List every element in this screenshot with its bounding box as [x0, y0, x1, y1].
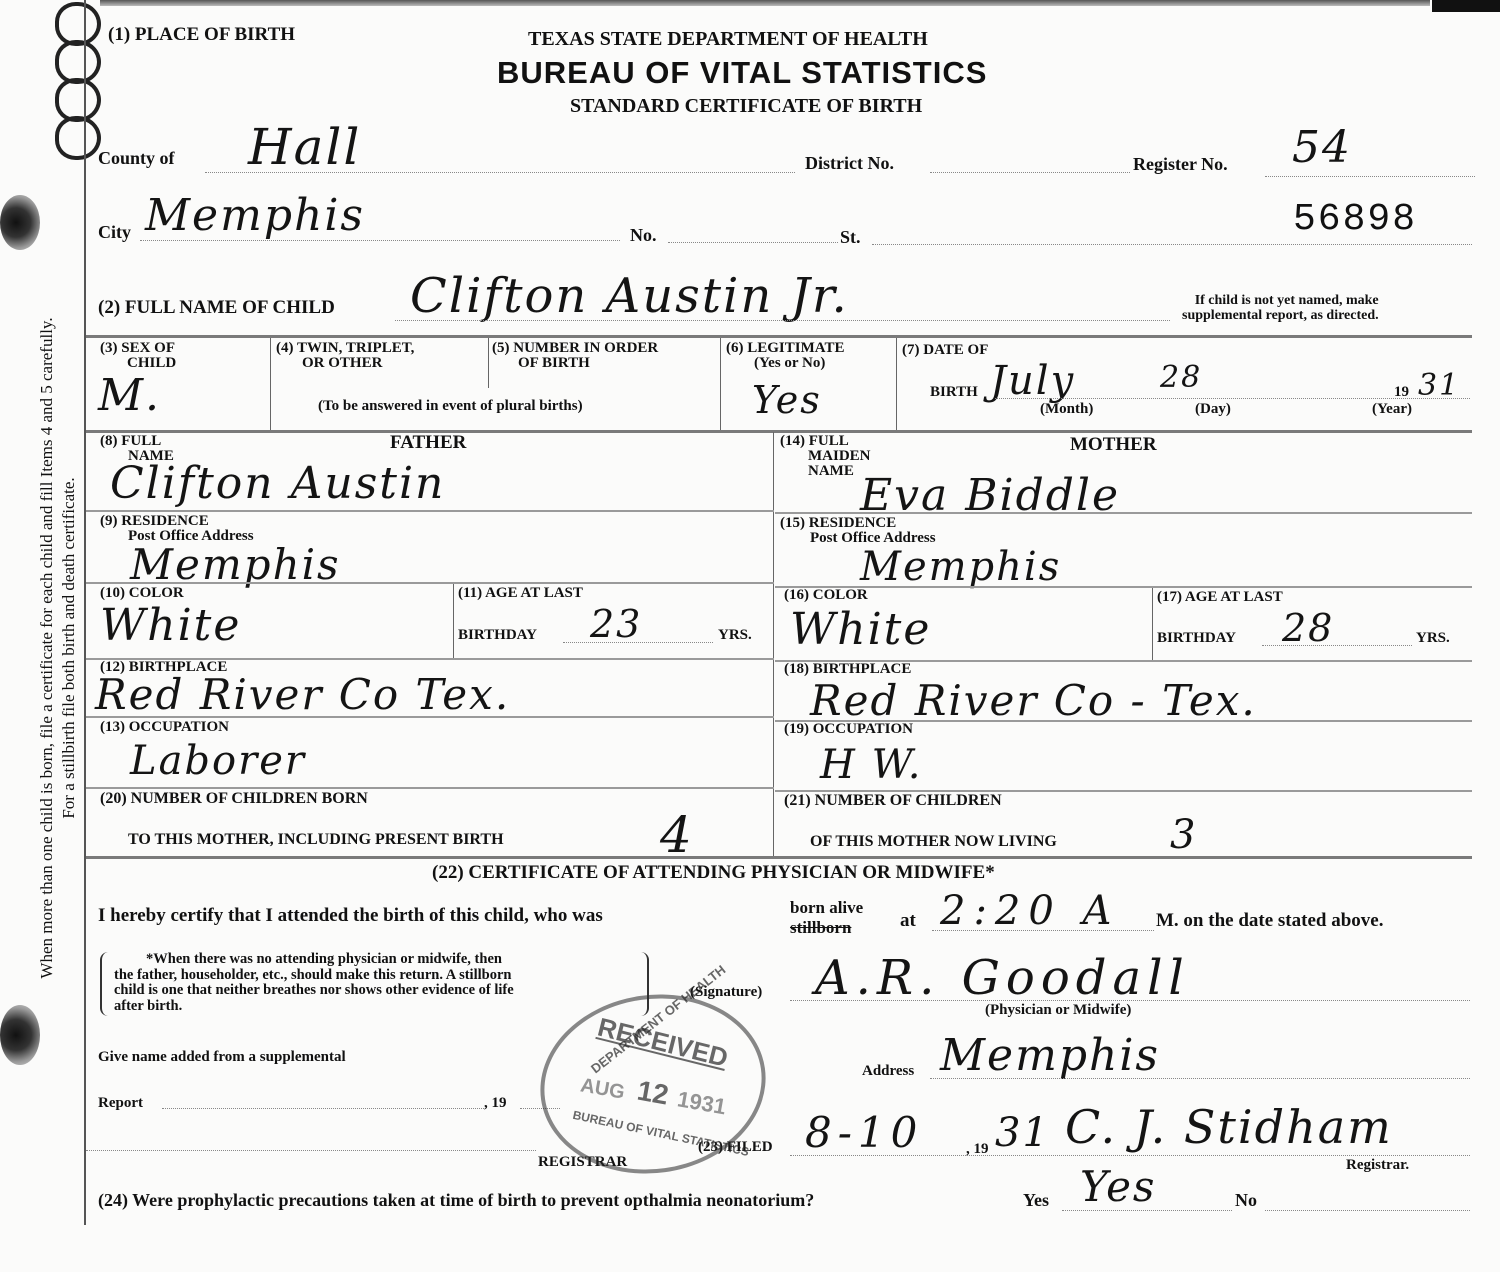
child-name-line — [395, 320, 1170, 321]
street-number-line — [668, 242, 838, 243]
birth-time-field[interactable]: 2:20 A — [940, 888, 1119, 934]
city-line — [140, 240, 620, 241]
child-name-note-line: If child is not yet named, make — [1182, 293, 1379, 308]
birth-order-label-line: (5) NUMBER IN ORDER — [492, 341, 658, 356]
side-note-line-2: For a stillbirth file both birth and dea… — [58, 188, 80, 1108]
child-name-note-line: supplemental report, as directed. — [1182, 308, 1379, 323]
birth-day-field[interactable]: 28 — [1160, 360, 1202, 395]
year-caption: (Year) — [1372, 402, 1412, 417]
county-field[interactable]: Hall — [248, 118, 361, 176]
father-age-label: (11) AGE AT LAST — [458, 586, 583, 601]
footnote-line: *When there was no attending physician o… — [114, 952, 514, 968]
mother-occupation-field[interactable]: H W. — [820, 742, 922, 788]
prophylactic-no-label: No — [1235, 1190, 1257, 1211]
registrar-signature-field[interactable]: C. J. Stidham — [1065, 1100, 1393, 1154]
mother-color-label: (16) COLOR — [784, 588, 868, 603]
section-divider — [86, 856, 1472, 859]
certificate-statement-end: M. on the date stated above. — [1156, 910, 1383, 932]
physician-address-field[interactable]: Memphis — [940, 1030, 1160, 1081]
prophylactic-yes-label: Yes — [1023, 1190, 1049, 1211]
birth-label: BIRTH — [930, 385, 978, 400]
certificate-statement: I hereby certify that I attended the bir… — [98, 905, 603, 927]
register-line — [1265, 176, 1475, 177]
legitimate-label: (6) LEGITIMATE(Yes or No) — [726, 341, 844, 371]
father-name-label-line: (8) FULL — [100, 434, 174, 449]
footnote-line: child is one that neither breathes nor s… — [114, 983, 514, 999]
certificate-heading: (22) CERTIFICATE OF ATTENDING PHYSICIAN … — [432, 862, 995, 884]
left-margin-rule — [84, 0, 86, 1225]
row-divider — [86, 582, 774, 584]
birth-order-label: (5) NUMBER IN ORDEROF BIRTH — [492, 341, 658, 371]
stillborn-option: stillborn — [790, 920, 851, 935]
children-born-label-2: TO THIS MOTHER, INCLUDING PRESENT BIRTH — [128, 832, 504, 847]
mother-age-field[interactable]: 28 — [1282, 606, 1334, 650]
column-divider — [453, 584, 454, 658]
filed-line — [790, 1155, 1470, 1156]
father-age-line — [563, 642, 713, 643]
report-label: Report — [98, 1096, 143, 1111]
column-divider — [488, 338, 489, 388]
legitimate-label-line: (Yes or No) — [726, 356, 844, 371]
street-number-label: No. — [630, 225, 657, 246]
sex-label-line: (3) SEX OF — [100, 341, 176, 356]
filed-year-field[interactable]: 31 — [995, 1110, 1050, 1156]
district-label: District No. — [805, 153, 894, 174]
row-divider — [86, 716, 774, 718]
plural-births-note: (To be answered in event of plural birth… — [318, 398, 583, 415]
date-of-birth-label: (7) DATE OF — [902, 343, 988, 358]
mother-occupation-label: (19) OCCUPATION — [784, 722, 913, 737]
mother-name-label: (14) FULLMAIDENNAME — [780, 434, 871, 479]
sex-label-line: CHILD — [100, 356, 176, 371]
address-line — [930, 1078, 1470, 1079]
father-heading: FATHER — [390, 432, 466, 454]
register-field[interactable]: 54 — [1292, 122, 1352, 173]
mother-color-field[interactable]: White — [790, 604, 931, 655]
stamp-year: 1931 — [675, 1086, 728, 1120]
mother-residence-label: (15) RESIDENCEPost Office Address — [780, 516, 936, 546]
birth-order-label-line: OF BIRTH — [492, 356, 658, 371]
legitimate-label-line: (6) LEGITIMATE — [726, 341, 844, 356]
mother-age-line — [1262, 645, 1412, 646]
footnote-line: after birth. — [114, 999, 514, 1015]
children-living-label-2: OF THIS MOTHER NOW LIVING — [810, 834, 1057, 849]
father-birthplace-field[interactable]: Red River Co Tex. — [95, 670, 510, 719]
registrar-line — [86, 1150, 536, 1151]
mother-age-label: (17) AGE AT LAST — [1157, 590, 1283, 605]
twin-label-line: (4) TWIN, TRIPLET, — [276, 341, 414, 356]
address-label: Address — [862, 1064, 914, 1079]
street-line — [872, 244, 1472, 245]
column-divider — [270, 338, 271, 430]
report-line — [162, 1108, 484, 1109]
scan-edge — [1432, 0, 1500, 12]
side-note: When more than one child is born, file a… — [36, 188, 80, 1108]
street-label: St. — [840, 227, 861, 248]
mother-residence-field[interactable]: Memphis — [860, 544, 1061, 590]
mother-name-label-line: MAIDEN — [780, 449, 871, 464]
side-note-line-1: When more than one child is born, file a… — [36, 188, 58, 1108]
district-line — [930, 172, 1130, 173]
department-title: TEXAS STATE DEPARTMENT OF HEALTH — [528, 28, 928, 51]
day-caption: (Day) — [1195, 402, 1231, 417]
certificate-number: 56898 — [1293, 198, 1417, 241]
date-of-birth-line — [995, 398, 1470, 399]
parents-divider — [773, 432, 774, 857]
month-caption: (Month) — [1040, 402, 1093, 417]
father-birthday-label: BIRTHDAY — [458, 628, 537, 643]
legitimate-field[interactable]: Yes — [752, 378, 822, 422]
mother-residence-label-line: (15) RESIDENCE — [780, 516, 936, 531]
punch-hole-icon — [0, 195, 40, 250]
county-label: County of — [98, 148, 175, 169]
column-divider — [720, 338, 721, 430]
stamp-day: 12 — [635, 1075, 671, 1112]
registrar-title: Registrar. — [1346, 1158, 1409, 1173]
father-age-field[interactable]: 23 — [590, 602, 642, 646]
punch-hole-icon — [0, 1005, 40, 1065]
supplemental-label: Give name added from a supplemental — [98, 1050, 346, 1065]
row-divider — [775, 586, 1472, 588]
born-alive-option: born alive — [790, 900, 863, 915]
city-label: City — [98, 222, 131, 243]
birth-time-line — [932, 930, 1154, 931]
sex-label: (3) SEX OFCHILD — [100, 341, 176, 371]
father-color-label: (10) COLOR — [100, 586, 184, 601]
place-of-birth-label: (1) PLACE OF BIRTH — [108, 24, 295, 46]
father-occupation-label: (13) OCCUPATION — [100, 720, 229, 735]
signature-line — [790, 1000, 1470, 1001]
child-name-field[interactable]: Clifton Austin Jr. — [410, 268, 849, 324]
father-color-field[interactable]: White — [100, 600, 241, 651]
sex-field[interactable]: M. — [98, 370, 161, 421]
at-label: at — [900, 910, 916, 932]
stamp-month: AUG — [579, 1074, 627, 1104]
prophylactic-yes-line — [1062, 1210, 1232, 1211]
mother-heading: MOTHER — [1070, 434, 1157, 456]
binding-ring-icon — [55, 116, 101, 160]
section-divider — [86, 335, 1472, 338]
form-title: STANDARD CERTIFICATE OF BIRTH — [570, 95, 922, 118]
mother-name-label-line: NAME — [780, 464, 871, 479]
twin-label-line: OR OTHER — [276, 356, 414, 371]
physician-caption: (Physician or Midwife) — [985, 1003, 1131, 1018]
register-label: Register No. — [1133, 154, 1228, 175]
city-field[interactable]: Memphis — [145, 190, 365, 241]
prophylactic-question: (24) Were prophylactic precautions taken… — [98, 1190, 814, 1211]
child-name-label: (2) FULL NAME OF CHILD — [98, 297, 335, 319]
row-divider — [86, 510, 774, 512]
prophylactic-no-line — [1265, 1210, 1470, 1211]
column-divider — [896, 338, 897, 430]
father-name-field[interactable]: Clifton Austin — [110, 458, 445, 509]
mother-birthplace-label: (18) BIRTHPLACE — [784, 662, 911, 677]
father-occupation-field[interactable]: Laborer — [130, 738, 306, 784]
column-divider — [1152, 588, 1153, 660]
report-year-prefix: , 19 — [484, 1096, 507, 1111]
children-born-label: (20) NUMBER OF CHILDREN BORN — [100, 791, 368, 806]
mother-name-label-line: (14) FULL — [780, 434, 871, 449]
father-age-unit: YRS. — [718, 628, 752, 643]
children-living-field[interactable]: 3 — [1170, 812, 1197, 858]
bureau-title: BUREAU OF VITAL STATISTICS — [497, 55, 987, 91]
section-divider — [86, 430, 1472, 433]
footnote: *When there was no attending physician o… — [114, 952, 514, 1014]
row-divider — [86, 787, 774, 789]
prophylactic-yes-field[interactable]: Yes — [1080, 1162, 1157, 1211]
twin-label: (4) TWIN, TRIPLET,OR OTHER — [276, 341, 414, 371]
children-living-label: (21) NUMBER OF CHILDREN — [784, 793, 1002, 808]
child-name-note: If child is not yet named, make suppleme… — [1182, 293, 1379, 323]
mother-age-unit: YRS. — [1416, 631, 1450, 646]
filed-date-field[interactable]: 8-10 — [805, 1108, 923, 1157]
physician-signature-field[interactable]: A.R. Goodall — [815, 950, 1190, 1006]
scan-edge-top — [100, 0, 1430, 6]
mother-birthplace-field[interactable]: Red River Co - Tex. — [810, 676, 1257, 725]
mother-birthday-label: BIRTHDAY — [1157, 631, 1236, 646]
row-divider — [775, 512, 1472, 514]
footnote-line: the father, householder, etc., should ma… — [114, 968, 514, 984]
county-line — [205, 172, 795, 173]
father-residence-label-line: (9) RESIDENCE — [100, 514, 254, 529]
